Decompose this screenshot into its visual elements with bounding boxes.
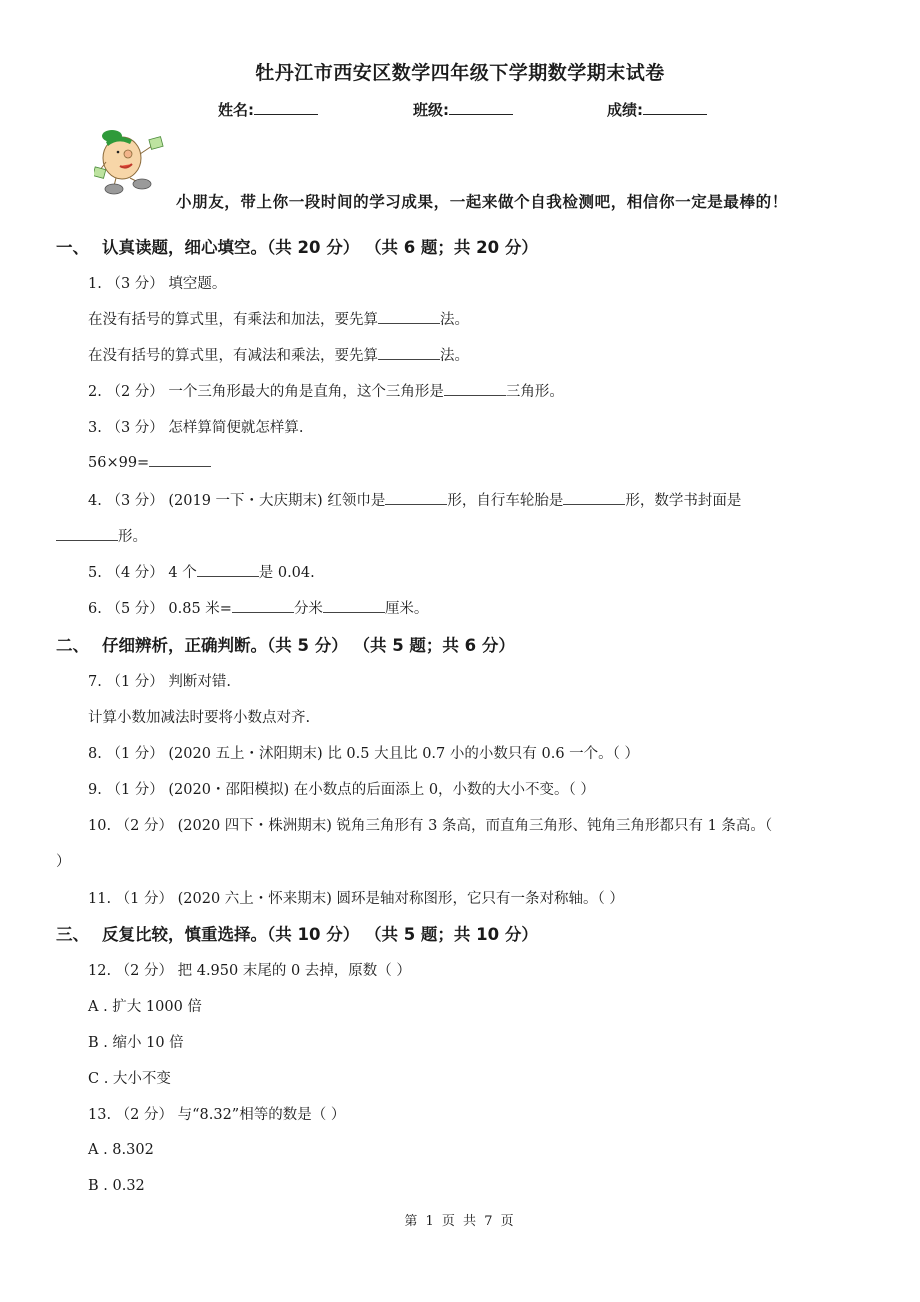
question-2-text-a: 2. （2 分） 一个三角形最大的角是直角，这个三角形是: [88, 384, 444, 400]
question-1-line-2: 在没有括号的算式里，有减法和乘法，要先算法。: [88, 344, 469, 365]
cartoon-boy-icon: [94, 128, 168, 198]
question-1-line-1: 在没有括号的算式里，有乘法和加法，要先算法。: [88, 308, 469, 329]
section-2-title: 仔细辨析，正确判断。（共 5 分） （共 5 题；共 6 分）: [102, 636, 515, 655]
question-3-expr: 56×99=: [88, 454, 211, 471]
question-8: 8. （1 分） (2020 五上・沭阳期末) 比 0.5 大且比 0.7 小的…: [88, 742, 639, 763]
question-4: 4. （3 分） (2019 一下・大庆期末) 红领巾是形，自行车轮胎是形，数学…: [88, 489, 741, 510]
question-12-head: 12. （2 分） 把 4.950 末尾的 0 去掉，原数（ ）: [88, 959, 411, 980]
answer-blank[interactable]: [385, 492, 447, 505]
page-footer: 第 1 页 共 7 页: [0, 1210, 920, 1229]
section-1-title: 认真读题，细心填空。（共 20 分） （共 6 题；共 20 分）: [102, 238, 538, 257]
question-13-head: 13. （2 分） 与“8.32”相等的数是（ ）: [88, 1103, 345, 1124]
question-3-expression: 56×99=: [88, 455, 149, 471]
answer-blank[interactable]: [323, 600, 385, 613]
section-1-number: 一、: [56, 234, 102, 258]
answer-blank[interactable]: [56, 528, 118, 541]
question-12-option-b[interactable]: B . 缩小 10 倍: [88, 1031, 184, 1052]
question-7-head: 7. （1 分） 判断对错.: [88, 670, 231, 691]
question-12-option-c[interactable]: C . 大小不变: [88, 1067, 171, 1088]
question-3-head: 3. （3 分） 怎样算简便就怎样算.: [88, 416, 304, 437]
question-2-text-b: 三角形。: [506, 384, 564, 400]
answer-blank[interactable]: [563, 492, 625, 505]
question-13-option-b[interactable]: B . 0.32: [88, 1178, 145, 1194]
question-1-text-c: 在没有括号的算式里，有减法和乘法，要先算: [88, 348, 378, 364]
question-6-text-c: 厘米。: [385, 601, 429, 617]
question-10: 10. （2 分） (2020 四下・株洲期末) 锐角三角形有 3 条高，而直角…: [88, 814, 772, 835]
score-label: 成绩:: [607, 101, 643, 119]
question-4-text-a: 4. （3 分） (2019 一下・大庆期末) 红领巾是: [88, 493, 385, 509]
answer-blank[interactable]: [197, 564, 259, 577]
question-4-text-c: 形，数学书封面是: [625, 493, 741, 509]
answer-blank[interactable]: [149, 454, 211, 467]
score-field[interactable]: 成绩:: [607, 99, 707, 120]
question-6: 6. （5 分） 0.85 米=分米厘米。: [88, 597, 428, 618]
section-3-number: 三、: [56, 921, 102, 945]
score-blank[interactable]: [643, 100, 707, 115]
name-label: 姓名:: [218, 101, 254, 119]
section-2-number: 二、: [56, 632, 102, 656]
question-4-text-d: 形。: [118, 529, 147, 545]
question-5: 5. （4 分） 4 个是 0.04.: [88, 561, 315, 582]
class-field[interactable]: 班级:: [413, 99, 513, 120]
section-3-title: 反复比较，慎重选择。（共 10 分） （共 5 题；共 10 分）: [102, 925, 538, 944]
answer-blank[interactable]: [378, 347, 440, 360]
answer-blank[interactable]: [378, 311, 440, 324]
question-1-text-d: 法。: [440, 348, 469, 364]
question-13-option-a[interactable]: A . 8.302: [88, 1142, 154, 1158]
name-blank[interactable]: [254, 100, 318, 115]
question-5-text-a: 5. （4 分） 4 个: [88, 565, 197, 581]
question-2: 2. （2 分） 一个三角形最大的角是直角，这个三角形是三角形。: [88, 380, 564, 401]
question-11: 11. （1 分） (2020 六上・怀来期末) 圆环是轴对称图形，它只有一条对…: [88, 887, 624, 908]
question-6-text-b: 分米: [294, 601, 323, 617]
answer-blank[interactable]: [232, 600, 294, 613]
question-1-head: 1. （3 分） 填空题。: [88, 272, 226, 293]
question-4-text-b: 形，自行车轮胎是: [447, 493, 563, 509]
question-5-text-b: 是 0.04.: [259, 565, 315, 581]
class-blank[interactable]: [449, 100, 513, 115]
question-12-option-a[interactable]: A . 扩大 1000 倍: [88, 995, 202, 1016]
question-1-text-a: 在没有括号的算式里，有乘法和加法，要先算: [88, 312, 378, 328]
section-1-heading: 一、认真读题，细心填空。（共 20 分） （共 6 题；共 20 分）: [56, 234, 538, 258]
section-2-heading: 二、仔细辨析，正确判断。（共 5 分） （共 5 题；共 6 分）: [56, 632, 515, 656]
question-9: 9. （1 分） (2020・邵阳模拟) 在小数点的后面添上 0，小数的大小不变…: [88, 778, 595, 799]
answer-blank[interactable]: [444, 383, 506, 396]
question-1-text-b: 法。: [440, 312, 469, 328]
page-title: 牡丹江市西安区数学四年级下学期数学期末试卷: [0, 58, 920, 85]
class-label: 班级:: [413, 101, 449, 119]
question-10-cont: ）: [56, 850, 71, 871]
question-6-text-a: 6. （5 分） 0.85 米=: [88, 601, 232, 617]
name-field[interactable]: 姓名:: [218, 99, 318, 120]
greeting-text: 小朋友，带上你一段时间的学习成果，一起来做个自我检测吧，相信你一定是最棒的！: [176, 190, 788, 212]
question-4-cont: 形。: [56, 525, 147, 546]
section-3-heading: 三、反复比较，慎重选择。（共 10 分） （共 5 题；共 10 分）: [56, 921, 538, 945]
question-7-body: 计算小数加减法时要将小数点对齐.: [88, 706, 310, 727]
